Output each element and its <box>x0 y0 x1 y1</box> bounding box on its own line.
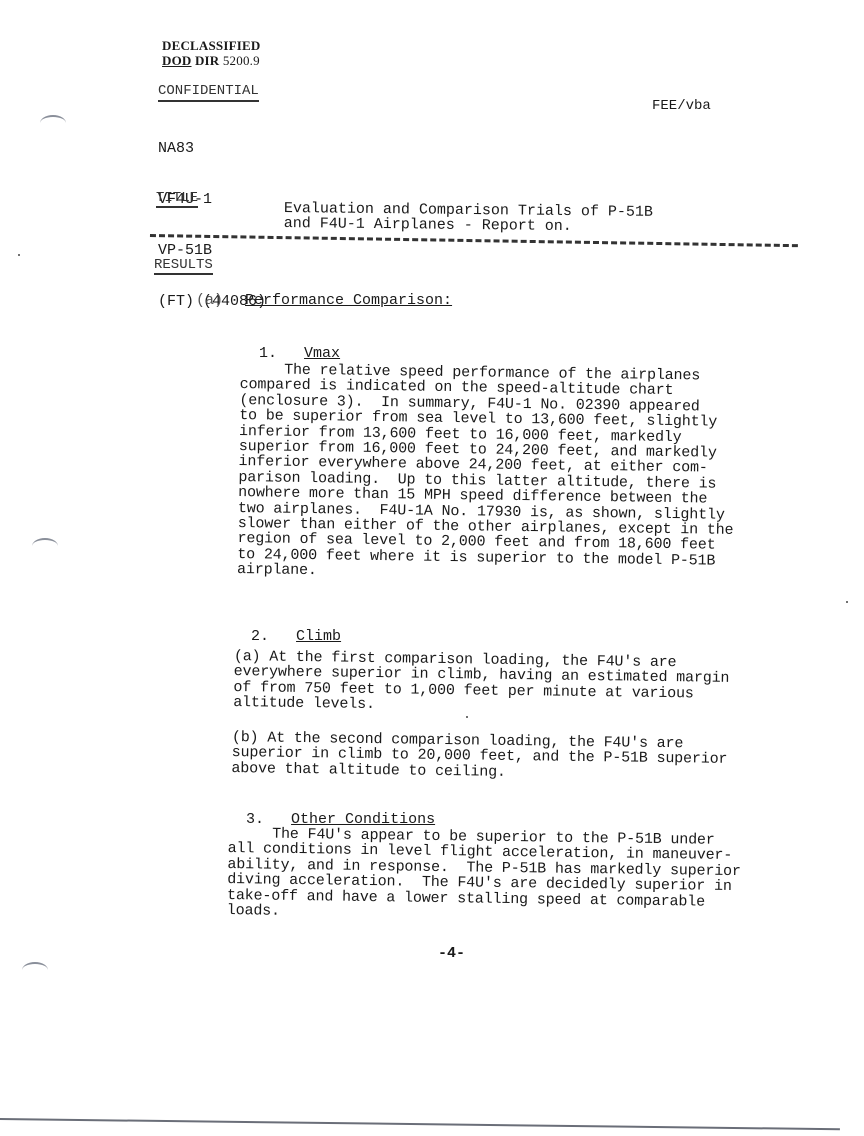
document-title: Evaluation and Comparison Trials of P-51… <box>284 201 653 235</box>
declassified-label: DECLASSIFIED <box>162 38 261 53</box>
punch-hole-mark <box>32 538 58 554</box>
dir-label: DIR <box>195 53 219 68</box>
reference-initials: FEE/vba <box>652 98 711 114</box>
subsection-marker: (a) <box>196 292 223 309</box>
title-label: TITLE <box>156 191 198 208</box>
subsection-heading: (a)Performance Comparison: <box>196 292 452 309</box>
directive-number: 5200.9 <box>223 53 260 68</box>
section-number: 2. <box>251 628 269 645</box>
identifier: NA83 <box>158 140 266 157</box>
page-number: -4- <box>438 945 465 962</box>
other-conditions-paragraph: The F4U's appear to be superior to the P… <box>227 826 742 926</box>
section-climb-heading: 2. Climb <box>233 611 341 645</box>
results-label: RESULTS <box>154 258 213 275</box>
section-number: 1. <box>259 345 277 362</box>
scan-speck <box>466 716 468 718</box>
scan-speck <box>18 254 20 256</box>
section-title: Vmax <box>304 345 340 362</box>
punch-hole-mark <box>40 115 66 131</box>
climb-paragraph-b: (b) At the second comparison loading, th… <box>231 730 727 783</box>
classification-marking: CONFIDENTIAL <box>158 84 259 102</box>
section-other-conditions-heading: 3. Other Conditions <box>228 794 435 828</box>
dod-label: DOD <box>162 53 192 68</box>
subsection-title: Performance Comparison: <box>245 292 452 309</box>
section-title: Climb <box>296 628 341 645</box>
declassified-stamp: DECLASSIFIED DOD DIR 5200.9 <box>162 38 261 68</box>
climb-paragraph-a: (a) At the first comparison loading, the… <box>233 649 729 718</box>
punch-hole-mark <box>22 962 48 978</box>
page-bottom-edge <box>0 1118 840 1130</box>
section-vmax-heading: 1. Vmax <box>241 328 340 362</box>
scan-speck <box>846 601 848 603</box>
vmax-paragraph: The relative speed performance of the ai… <box>237 362 736 585</box>
dod-directive: DOD DIR 5200.9 <box>162 53 261 68</box>
